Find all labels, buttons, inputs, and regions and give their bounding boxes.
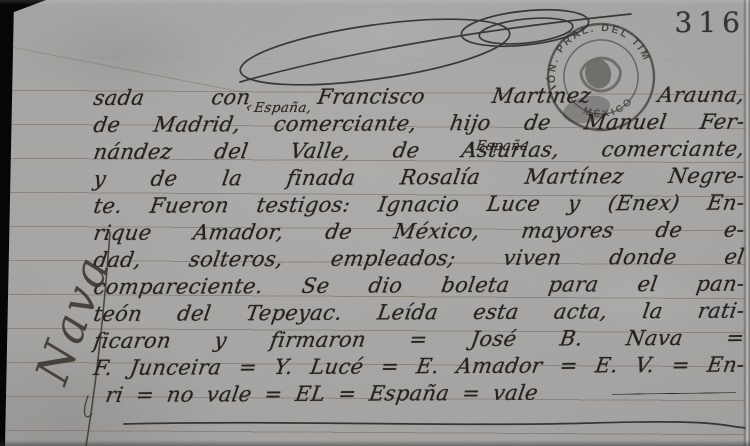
bottom-page-edge [0, 440, 750, 446]
scan-grain [0, 0, 750, 446]
scanned-register-page: ADMÓN. PRAL. DEL TIMBRE MÉXICO 316 sada … [0, 0, 750, 446]
right-page-edge [743, 0, 750, 446]
top-edge-highlight [0, 0, 750, 5]
